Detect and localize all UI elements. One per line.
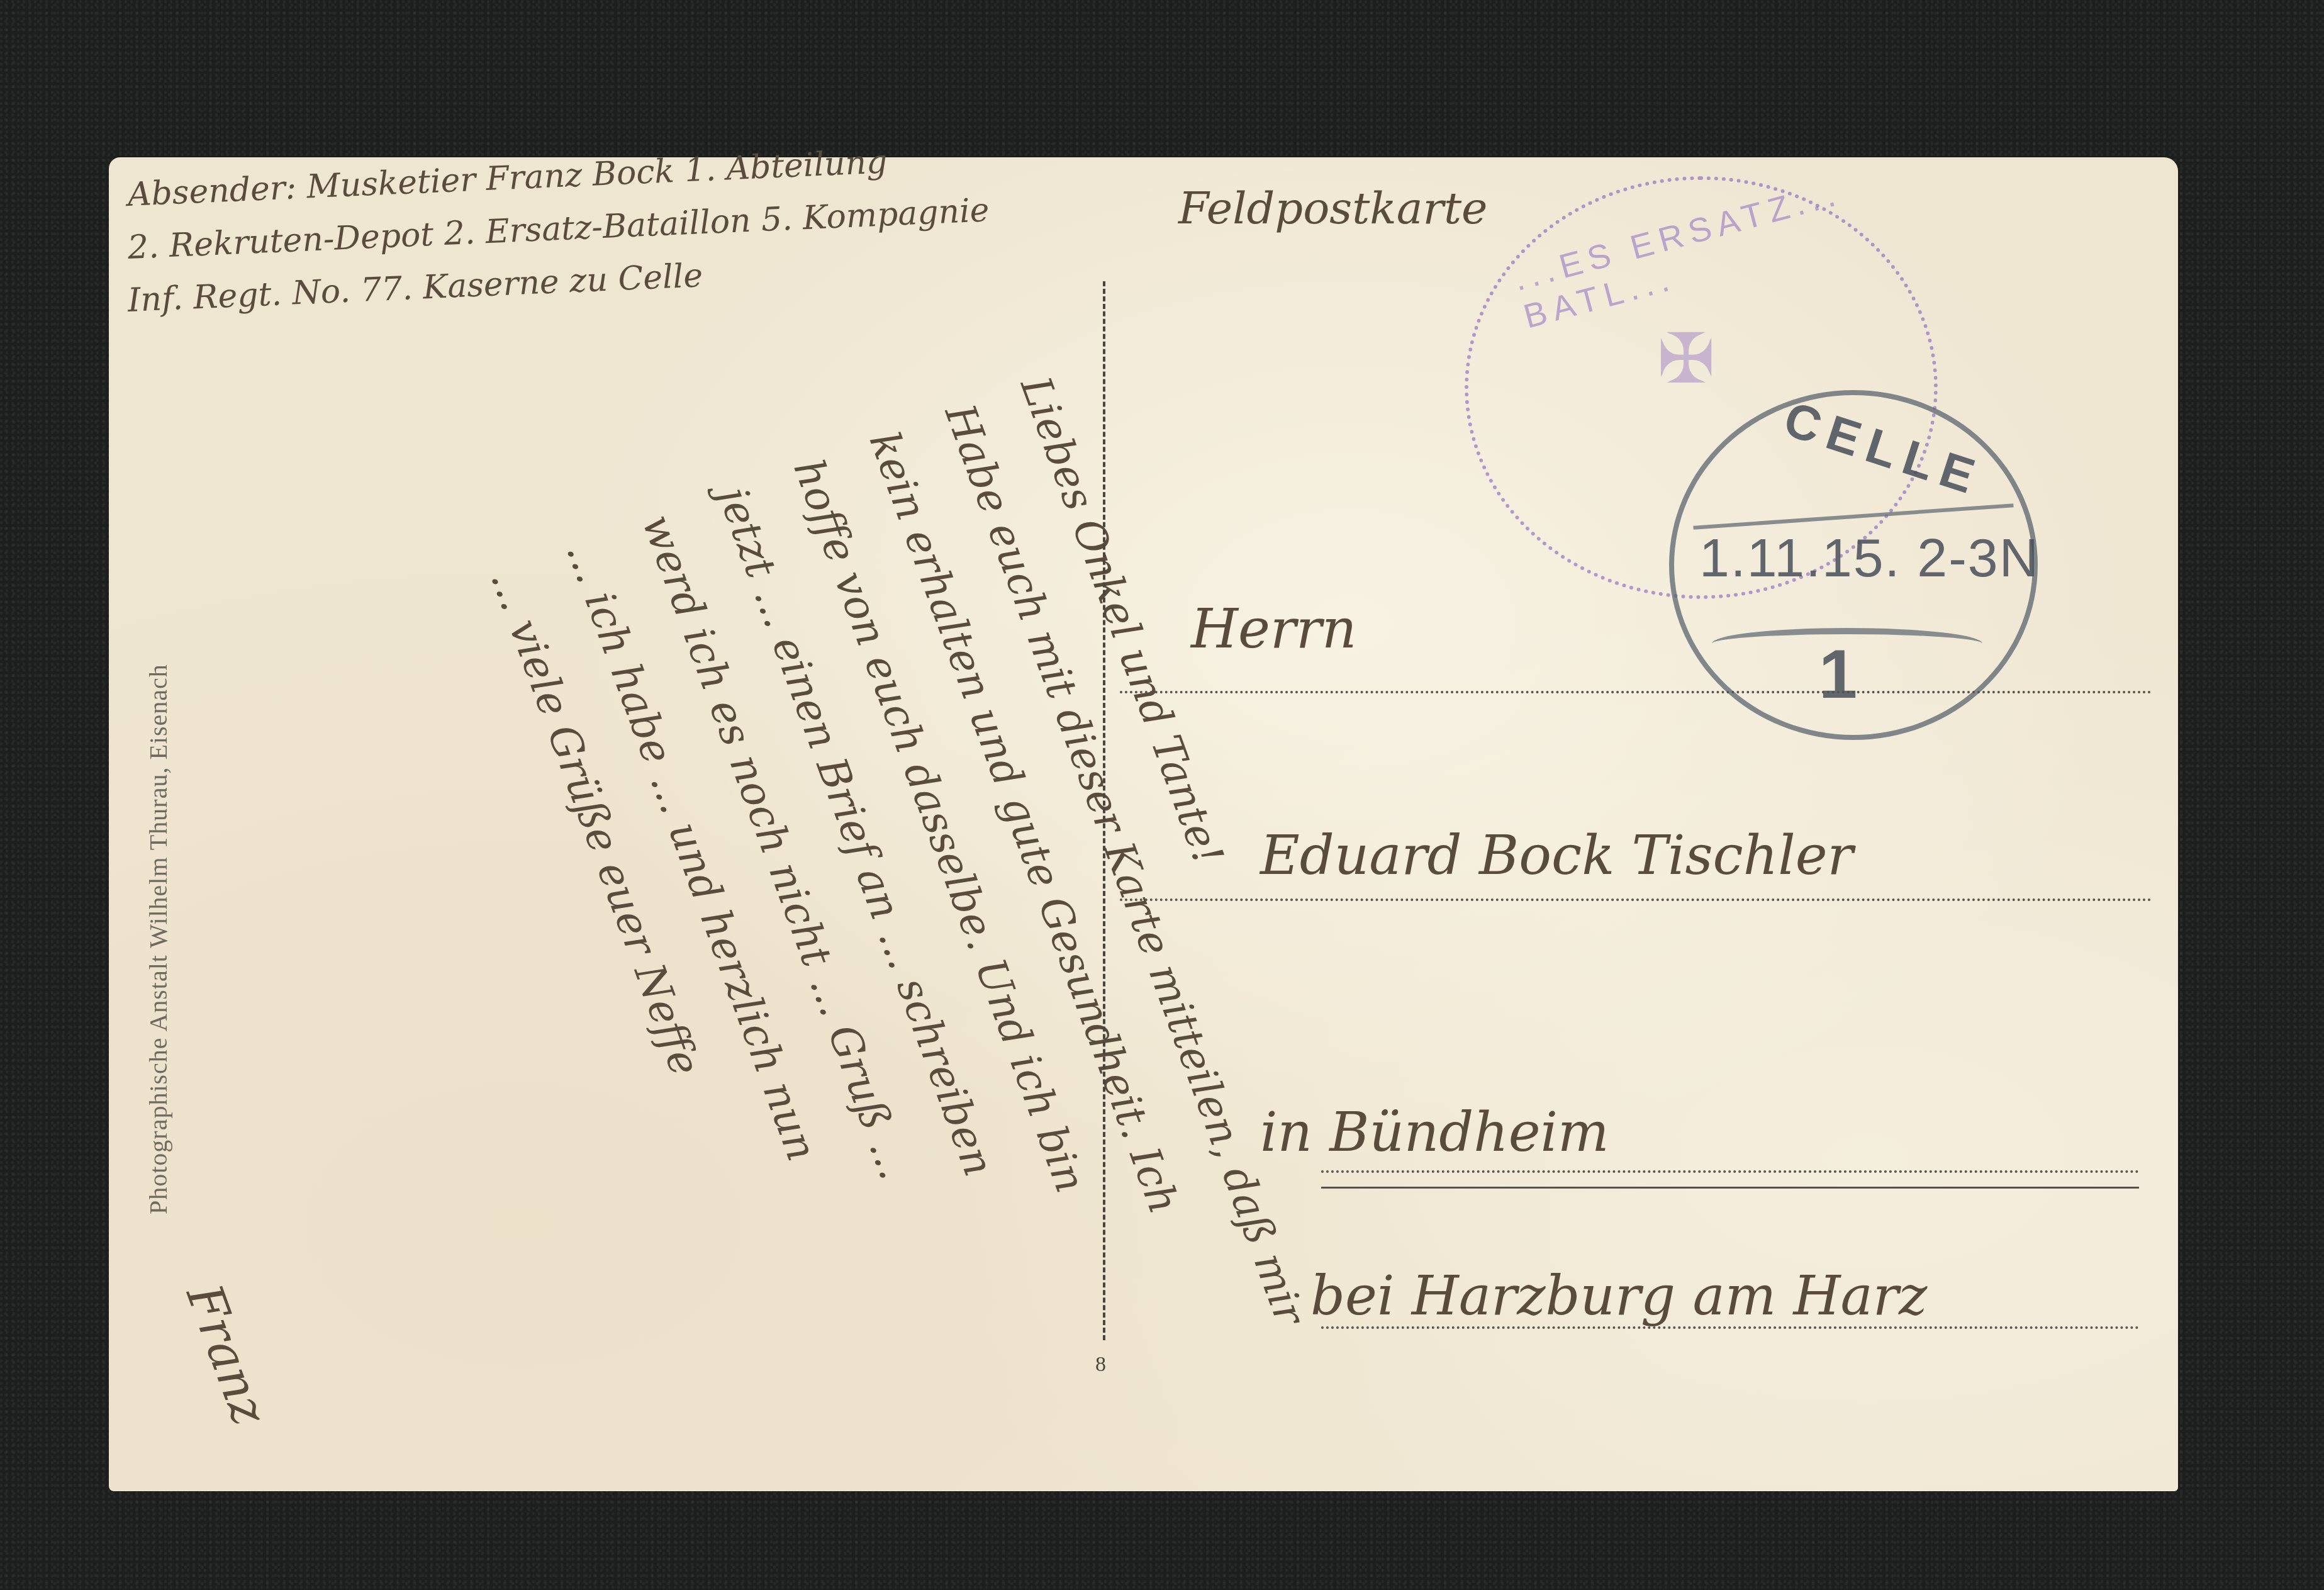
signature: Franz bbox=[175, 1277, 277, 1432]
feldpost-heading: Feldpostkarte bbox=[1178, 182, 1488, 234]
postmark-town: CELLE bbox=[1777, 390, 1990, 508]
address-line-3b bbox=[1321, 1187, 2139, 1189]
postmark-number: 1 bbox=[1819, 634, 1857, 714]
publisher-imprint: Photographische Anstalt Wilhelm Thurau, … bbox=[143, 664, 173, 1214]
address-name: Eduard Bock Tischler bbox=[1260, 824, 1853, 887]
address-region: bei Harzburg am Harz bbox=[1310, 1265, 1927, 1328]
address-line-4 bbox=[1321, 1326, 2139, 1329]
celle-postmark: CELLE 1.11.15. 2-3N 1 bbox=[1669, 390, 2038, 740]
unit-seal-text: ...ES ERSATZ... BATL... bbox=[1509, 152, 1936, 336]
sender-header: Absender: Musketier Franz Bock 1. Abteil… bbox=[128, 169, 1103, 327]
address-town: in Bündheim bbox=[1260, 1101, 1609, 1164]
postmark-date: 1.11.15. 2-3N bbox=[1699, 527, 2040, 590]
address-line-3 bbox=[1321, 1170, 2139, 1173]
eagle-icon: ✠ bbox=[1657, 318, 1715, 399]
address-line-1 bbox=[1120, 691, 2152, 693]
postcard: Photographische Anstalt Wilhelm Thurau, … bbox=[109, 157, 2178, 1491]
address-line-2 bbox=[1120, 899, 2152, 901]
printer-mark: 8 bbox=[1095, 1353, 1106, 1377]
center-divider bbox=[1103, 281, 1105, 1340]
message-body: Liebes Onkel und Tante! Habe euch mit di… bbox=[466, 365, 1438, 1590]
address-salutation: Herrn bbox=[1191, 598, 1357, 661]
postmark-bar bbox=[1693, 503, 2013, 530]
